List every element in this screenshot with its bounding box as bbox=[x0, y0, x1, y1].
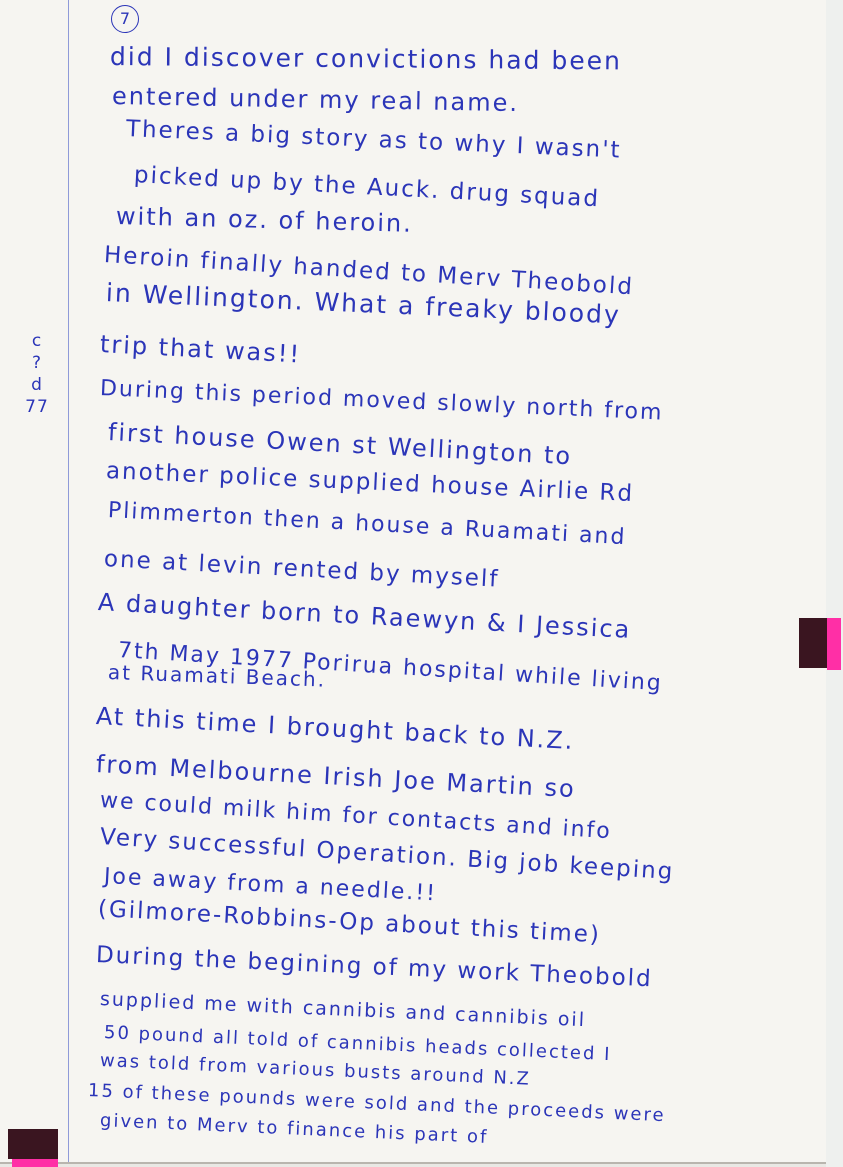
tab-dark-strip bbox=[8, 1129, 58, 1159]
text-line: Theres a big story as to why I wasn't bbox=[125, 118, 621, 163]
page-number: 7 bbox=[111, 5, 139, 33]
scanner-edge bbox=[826, 0, 843, 1167]
text-line: A daughter born to Raewyn & I Jessica bbox=[97, 590, 632, 642]
text-line: one at levin rented by myself bbox=[103, 548, 500, 592]
text-line: During the begining of my work Theobold bbox=[95, 944, 653, 991]
text-line: At this time I brought back to N.Z. bbox=[95, 704, 575, 753]
tab-pink-strip bbox=[12, 1159, 58, 1167]
text-line: trip that was!! bbox=[99, 332, 301, 367]
text-line: Plimmerton then a house a Ruamati and bbox=[107, 500, 626, 549]
margin-note: c ? d 77 bbox=[24, 330, 50, 418]
margin-note-line: ? bbox=[24, 352, 50, 374]
text-line: given to Merv to finance his part of bbox=[100, 1112, 489, 1147]
text-line: (Gilmore-Robbins-Op about this time) bbox=[97, 898, 601, 947]
document-page: 7 c ? d 77 did I discover convictions ha… bbox=[0, 0, 827, 1164]
text-line: During this period moved slowly north fr… bbox=[100, 378, 664, 425]
tab-dark-strip bbox=[799, 618, 827, 668]
margin-note-line: d bbox=[24, 374, 50, 396]
text-line: did I discover convictions had been bbox=[110, 44, 622, 73]
tab-pink-strip bbox=[827, 618, 841, 670]
index-tab-bottom bbox=[8, 1129, 60, 1167]
text-line: with an oz. of heroin. bbox=[116, 204, 413, 236]
index-tab-right bbox=[799, 618, 843, 670]
text-line: at Ruamati Beach. bbox=[108, 662, 327, 690]
text-line: entered under my real name. bbox=[112, 84, 519, 115]
margin-note-line: 77 bbox=[24, 396, 50, 418]
margin-rule bbox=[68, 0, 69, 1162]
margin-note-line: c bbox=[24, 330, 50, 352]
